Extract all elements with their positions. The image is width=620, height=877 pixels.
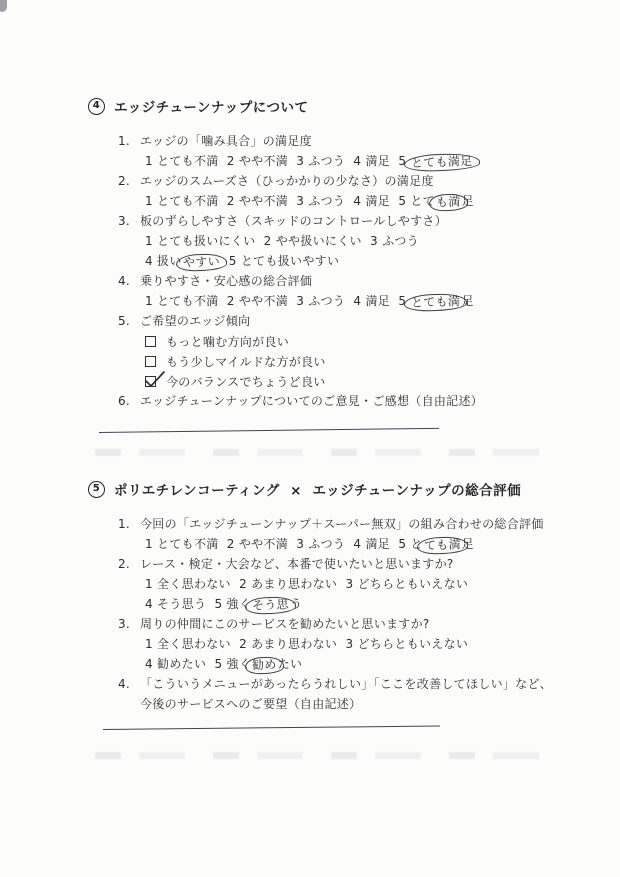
pen-circle-annotation: とても満足 <box>404 153 480 173</box>
answer-scale-text: 4 そう思う 5 強く <box>145 597 251 611</box>
question-number: 3. <box>118 211 140 231</box>
question-number: 5. <box>118 311 140 331</box>
scan-bleedthrough-smudge <box>95 752 545 759</box>
pen-circle-annotation: 勧め <box>245 656 284 674</box>
answer-scale-text: 4 勧めたい 5 強く <box>145 657 251 671</box>
pen-circle-annotation: ても満 <box>416 536 467 555</box>
pen-circle-annotation: やすい <box>175 253 226 272</box>
answer-scale-text: 1 とても不満 2 やや不満 3 ふつう 4 満足 5 とて <box>145 194 435 208</box>
pen-circle-annotation: そう思 <box>245 596 296 615</box>
question-text: 乗りやすさ・安心感の総合評価 <box>140 271 312 291</box>
answer-scale-line: 1 全く思わない 2 あまり思わない 3 どちらともいえない <box>145 574 620 594</box>
questionnaire: 4エッジチューンナップについて1.エッジの「噛み具合」の満足度1 とても不満 2… <box>0 96 620 730</box>
question: 2.エッジのスムーズさ（ひっかかりの少なさ）の満足度 <box>118 171 620 191</box>
answer-scale-text: 1 全く思わない 2 あまり思わない 3 どちらともいえない <box>145 577 468 591</box>
answer-scale-text: 1 とても不満 2 やや不満 3 ふつう 4 満足 5 <box>145 294 410 308</box>
answer-scale-line: 1 全く思わない 2 あまり思わない 3 どちらともいえない <box>145 634 620 654</box>
answer-scale-text: 1 とても不満 2 やや不満 3 ふつう 4 満足 5 と <box>145 537 423 551</box>
question-text: 「こういうメニューがあったらうれしい」「ここを改善してほしい」など、 <box>140 674 552 694</box>
checkbox-option: 今のバランスでちょうど良い <box>145 371 620 391</box>
question-text: エッジチューンナップについてのご意見・ご感想（自由記述） <box>140 391 483 411</box>
free-response-answer-line <box>103 725 440 730</box>
section-heading-text: ポリエチレンコーティング × エッジチューンナップの総合評価 <box>114 479 521 499</box>
question: 3.周りの仲間にこのサービスを勧めたいと思いますか? <box>118 614 620 634</box>
pen-circle-annotation: も満 <box>429 193 468 211</box>
answer-scale-line: 4 勧めたい 5 強く勧めたい <box>145 654 620 674</box>
question-list: 1.今回の「エッジチューンナップ＋スーパー無双」の組み合わせの総合評価1 とても… <box>0 514 620 714</box>
answer-scale-text: 1 とても扱いにくい 2 やや扱いにくい 3 ふつう <box>145 234 419 248</box>
section-heading-text: エッジチューンナップについて <box>114 96 309 116</box>
answer-scale-line: 1 とても不満 2 やや不満 3 ふつう 4 満足 5 とても満足 <box>145 191 620 211</box>
answer-scale-text: 1 とても不満 2 やや不満 3 ふつう 4 満足 5 <box>145 154 410 168</box>
checkbox-label: もう少しマイルドな方が良い <box>166 353 326 370</box>
pen-checkmark-icon <box>143 369 167 389</box>
question: 1.エッジの「噛み具合」の満足度 <box>118 131 620 151</box>
question-number: 3. <box>118 614 140 634</box>
answer-scale-line: 1 とても不満 2 やや不満 3 ふつう 4 満足 5 とても満足 <box>145 151 620 171</box>
question: 4.「こういうメニューがあったらうれしい」「ここを改善してほしい」など、 <box>118 674 620 694</box>
question: 5.ご希望のエッジ傾向 <box>118 311 620 331</box>
survey-section: 5ポリエチレンコーティング × エッジチューンナップの総合評価1.今回の「エッジ… <box>0 479 620 730</box>
question-number: 2. <box>118 554 140 574</box>
section-heading: 4エッジチューンナップについて <box>88 96 620 116</box>
answer-scale-line: 1 とても扱いにくい 2 やや扱いにくい 3 ふつう <box>145 231 620 251</box>
checkbox-checked <box>145 376 156 387</box>
answer-scale-text: 5 とても扱いやすい <box>221 254 340 268</box>
checkbox-option: もっと噛む方向が良い <box>145 331 620 351</box>
question-text: エッジの「噛み具合」の満足度 <box>140 131 312 151</box>
checkbox <box>145 356 156 367</box>
question-number: 4. <box>118 271 140 291</box>
free-response-answer-line <box>99 428 439 433</box>
question: 1.今回の「エッジチューンナップ＋スーパー無双」の組み合わせの総合評価 <box>118 514 620 534</box>
checkbox <box>145 336 156 347</box>
question: 4.乗りやすさ・安心感の総合評価 <box>118 271 620 291</box>
checkbox-label: もっと噛む方向が良い <box>166 333 289 350</box>
question-text: 周りの仲間にこのサービスを勧めたいと思いますか? <box>140 614 430 634</box>
answer-scale-line: 1 とても不満 2 やや不満 3 ふつう 4 満足 5 とても満足 <box>145 291 620 311</box>
question-number: 1. <box>118 514 140 534</box>
scan-artifact-corner <box>0 0 7 12</box>
answer-scale-text: 1 全く思わない 2 あまり思わない 3 どちらともいえない <box>145 637 468 651</box>
question: 3.板のずらしやすさ（スキッドのコントロールしやすさ） <box>118 211 620 231</box>
question-number: 6. <box>118 391 140 411</box>
answer-scale-line: 1 とても不満 2 やや不満 3 ふつう 4 満足 5 とても満足 <box>145 534 620 554</box>
question-list: 1.エッジの「噛み具合」の満足度1 とても不満 2 やや不満 3 ふつう 4 満… <box>0 131 620 411</box>
question-number: 1. <box>118 131 140 151</box>
scanned-questionnaire-page: 4エッジチューンナップについて1.エッジの「噛み具合」の満足度1 とても不満 2… <box>0 0 620 877</box>
question-text: ご希望のエッジ傾向 <box>140 311 250 331</box>
question-text: 今回の「エッジチューンナップ＋スーパー無双」の組み合わせの総合評価 <box>140 514 544 534</box>
checkbox-label: 今のバランスでちょうど良い <box>166 373 326 390</box>
circled-number-icon: 5 <box>88 481 105 498</box>
checkbox-option: もう少しマイルドな方が良い <box>145 351 620 371</box>
question-number: 4. <box>118 674 140 694</box>
answer-scale-line: 4 そう思う 5 強くそう思う <box>145 594 620 614</box>
question-number: 2. <box>118 171 140 191</box>
question-text-continuation: 今後のサービスへのご要望（自由記述） <box>140 694 620 714</box>
question-text: 板のずらしやすさ（スキッドのコントロールしやすさ） <box>140 211 447 231</box>
question-text: レース・検定・大会など、本番で使いたいと思いますか? <box>140 554 454 574</box>
pen-circle-annotation: とても満 <box>404 293 468 312</box>
question-text: エッジのスムーズさ（ひっかかりの少なさ）の満足度 <box>140 171 434 191</box>
section-heading: 5ポリエチレンコーティング × エッジチューンナップの総合評価 <box>88 479 620 499</box>
survey-section: 4エッジチューンナップについて1.エッジの「噛み具合」の満足度1 とても不満 2… <box>0 96 620 433</box>
answer-scale-line: 4 扱いやすい 5 とても扱いやすい <box>145 251 620 271</box>
question: 2.レース・検定・大会など、本番で使いたいと思いますか? <box>118 554 620 574</box>
question: 6.エッジチューンナップについてのご意見・ご感想（自由記述） <box>118 391 620 411</box>
circled-number-icon: 4 <box>88 98 105 115</box>
